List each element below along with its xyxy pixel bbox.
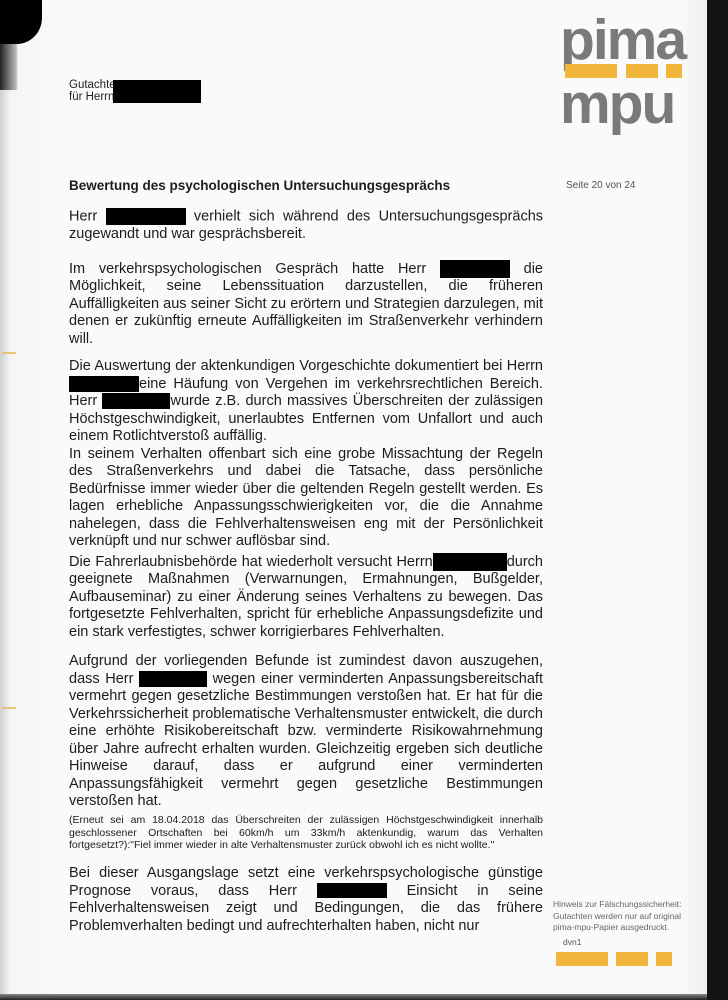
security-notice-line: pima-mpu-Papier ausgedruckt. [553,922,682,934]
paragraph-text: Die Fahrerlaubnisbehörde hat wiederholt … [69,554,433,570]
paragraph-4: Die Fahrerlaubnisbehörde hat wiederholt … [69,553,543,641]
redaction-bar [433,553,507,571]
security-bar [616,952,648,966]
scan-edge [0,994,707,1000]
security-notice-line: Hinweis zur Fälschungssicherheit: [553,899,682,911]
redaction-bar [106,208,186,225]
margin-mark [2,707,16,709]
logo-text-mpu: mpu [560,82,690,126]
paragraph-text: Im verkehrspsychologischen Gespräch hatt… [69,261,426,277]
logo-accent-bars [560,64,690,78]
paragraph-1: Herr verhielt sich während des Untersuch… [69,208,543,243]
quote-note: (Erneut sei am 18.04.2018 das Überschrei… [69,814,543,852]
pima-mpu-logo: pima mpu [560,18,690,126]
paragraph-text: In seinem Verhalten offenbart sich eine … [69,446,543,551]
paragraph-2: Im verkehrspsychologischen Gespräch hatt… [69,260,543,348]
redaction-bar [317,883,387,898]
paragraph-3: Die Auswertung der aktenkundigen Vorgesc… [69,358,543,551]
redaction-bar [139,671,207,687]
logo-text-pima: pima [560,18,690,62]
redaction-bar [113,80,201,103]
paragraph-6: Bei dieser Ausgangslage setzt eine verke… [69,865,543,935]
redaction-bar [440,260,510,278]
security-notice: Hinweis zur Fälschungssicherheit: Gutach… [553,899,682,934]
logo-bar [565,64,617,78]
redaction-bar [102,393,170,409]
section-heading: Bewertung des psychologischen Untersuchu… [69,178,450,193]
margin-mark [2,352,16,354]
paragraph-text: Die Auswertung der aktenkundigen Vorgesc… [69,358,543,374]
redaction-bar [69,376,139,392]
paragraph-text: Herr [69,208,97,224]
logo-bar [666,64,682,78]
paragraph-text: wegen einer verminderten Anpassungsberei… [69,671,543,810]
security-notice-line: Gutachten werden nur auf original [553,911,682,923]
document-code: dvn1 [563,937,581,947]
logo-bar [626,64,658,78]
security-bar [556,952,608,966]
page-indicator: Seite 20 von 24 [566,180,636,191]
document-page: Gutachten für Herrn pima mpu Seite 20 vo… [0,0,707,997]
security-bar [656,952,672,966]
scan-artifact [0,0,42,44]
paragraph-5: Aufgrund der vorliegenden Befunde ist zu… [69,653,543,811]
